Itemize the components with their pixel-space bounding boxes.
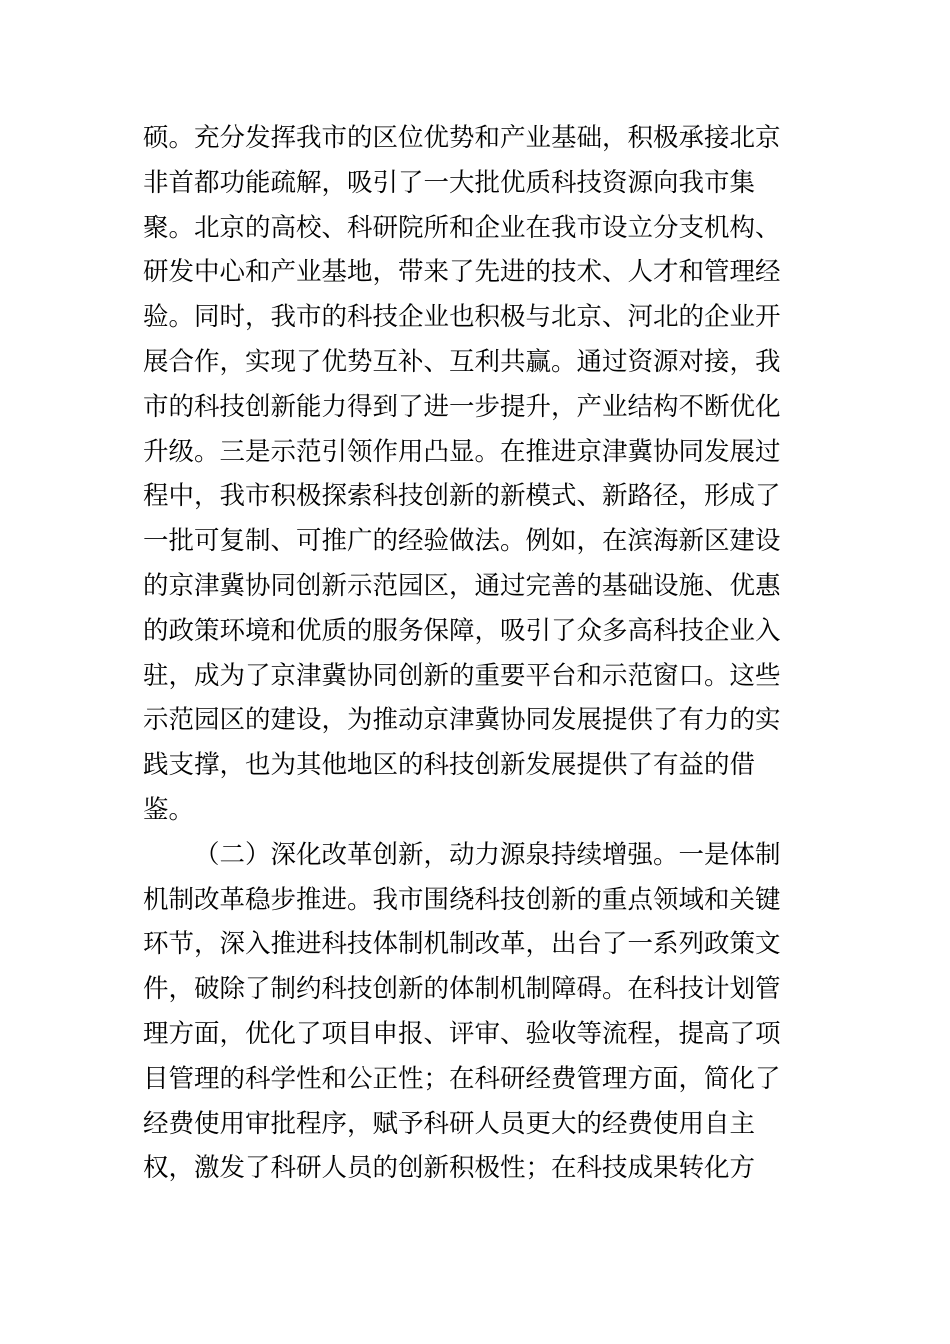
text-line: 研发中心和产业基地，带来了先进的技术、人才和管理经 [143, 250, 791, 295]
text-line: 一批可复制、可推广的经验做法。例如，在滨海新区建设 [143, 519, 791, 564]
text-line: 展合作，实现了优势互补、互利共赢。通过资源对接，我 [143, 340, 791, 385]
text-line: 驻，成为了京津冀协同创新的重要平台和示范窗口。这些 [143, 654, 791, 699]
text-line: 升级。三是示范引领作用凸显。在推进京津冀协同发展过 [143, 430, 791, 475]
text-line: 非首都功能疏解，吸引了一大批优质科技资源向我市集 [143, 161, 791, 206]
paragraph-section-2: （二）深化改革创新，动力源泉持续增强。一是体制 机制改革稳步推进。我市围绕科技创… [143, 833, 791, 1191]
text-line: 件，破除了制约科技创新的体制机制障碍。在科技计划管 [143, 967, 791, 1012]
text-line: 示范园区的建设，为推动京津冀协同发展提供了有力的实 [143, 698, 791, 743]
document-page: 硕。充分发挥我市的区位优势和产业基础，积极承接北京 非首都功能疏解，吸引了一大批… [0, 0, 950, 1344]
text-line: （二）深化改革创新，动力源泉持续增强。一是体制 [143, 833, 791, 878]
text-line: 经费使用审批程序，赋予科研人员更大的经费使用自主 [143, 1102, 791, 1147]
text-line: 践支撑，也为其他地区的科技创新发展提供了有益的借 [143, 743, 791, 788]
text-line: 机制改革稳步推进。我市围绕科技创新的重点领域和关键 [143, 878, 791, 923]
text-line: 硕。充分发挥我市的区位优势和产业基础，积极承接北京 [143, 116, 791, 161]
text-line: 市的科技创新能力得到了进一步提升，产业结构不断优化 [143, 385, 791, 430]
paragraph-continuation: 硕。充分发挥我市的区位优势和产业基础，积极承接北京 非首都功能疏解，吸引了一大批… [143, 116, 791, 833]
text-line: 的京津冀协同创新示范园区，通过完善的基础设施、优惠 [143, 564, 791, 609]
text-line: 程中，我市积极探索科技创新的新模式、新路径，形成了 [143, 474, 791, 519]
text-line: 验。同时，我市的科技企业也积极与北京、河北的企业开 [143, 295, 791, 340]
text-line: 环节，深入推进科技体制机制改革，出台了一系列政策文 [143, 922, 791, 967]
text-line: 聚。北京的高校、科研院所和企业在我市设立分支机构、 [143, 206, 791, 251]
text-line: 权，激发了科研人员的创新积极性；在科技成果转化方 [143, 1146, 791, 1191]
text-line: 理方面，优化了项目申报、评审、验收等流程，提高了项 [143, 1012, 791, 1057]
text-line: 目管理的科学性和公正性；在科研经费管理方面，简化了 [143, 1057, 791, 1102]
text-line: 鉴。 [143, 788, 791, 833]
document-body: 硕。充分发挥我市的区位优势和产业基础，积极承接北京 非首都功能疏解，吸引了一大批… [143, 116, 791, 1191]
text-line: 的政策环境和优质的服务保障，吸引了众多高科技企业入 [143, 609, 791, 654]
